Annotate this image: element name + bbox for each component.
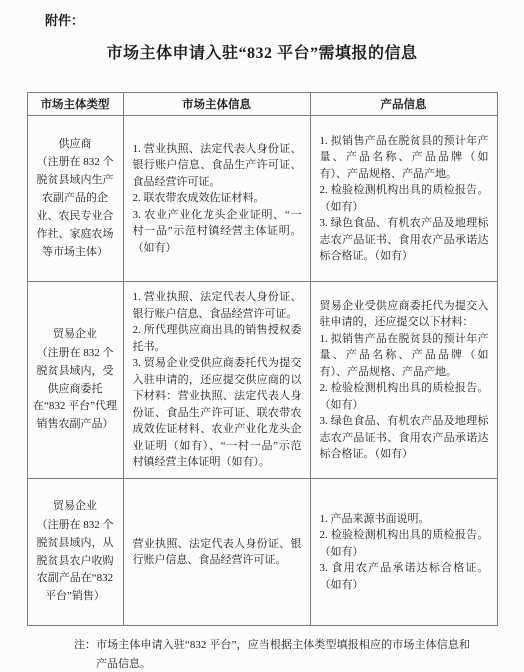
subject-type-description: （注册在 832 个脱贫县域内，从脱贫县农户收购农副产品在“832 平台”销售）: [33, 517, 118, 606]
table-row-supplier: 供应商 （注册在 832 个脱贫县域内生产农副产品的企业、农民专业合作社、家庭农…: [27, 116, 497, 282]
subject-type-description: （注册在 832 个脱贫县域内，受供应商委托在“832 平台”代理销售农副产品）: [33, 345, 118, 434]
cell-trade-agent-product-info: 贸易企业受供应商委托代为提交入驻申请的，还应提交以下材料： 1. 拟销售产品在脱…: [310, 282, 497, 479]
column-header-subject-type: 市场主体类型: [27, 93, 123, 116]
cell-supplier-type: 供应商 （注册在 832 个脱贫县域内生产农副产品的企业、农民专业合作社、家庭农…: [27, 116, 123, 282]
cell-trade-agent-type: 贸易企业 （注册在 832 个脱贫县域内，受供应商委托在“832 平台”代理销售…: [27, 282, 123, 479]
page-title: 市场主体申请入驻“832 平台”需填报的信息: [0, 40, 524, 63]
table-header-row: 市场主体类型 市场主体信息 产品信息: [27, 93, 497, 116]
footnote-text: 市场主体申请入驻“832 平台”，应当根据主体类型填报相应的市场主体信息和产品信…: [96, 636, 470, 672]
info-table: 市场主体类型 市场主体信息 产品信息 供应商 （注册在 832 个脱贫县域内生产…: [27, 92, 498, 626]
attachment-label: 附件：: [0, 0, 524, 29]
table-row-trade-agent: 贸易企业 （注册在 832 个脱贫县域内，受供应商委托在“832 平台”代理销售…: [27, 282, 497, 479]
subject-type-title: 供应商: [33, 136, 118, 154]
cell-trade-purchase-type: 贸易企业 （注册在 832 个脱贫县域内，从脱贫县农户收购农副产品在“832 平…: [27, 479, 123, 626]
cell-trade-agent-subject-info: 1. 营业执照、法定代表人身份证、银行账户信息、食品经营许可证。 2. 所代理供…: [123, 282, 310, 479]
cell-supplier-product-info: 1. 拟销售产品在脱贫县的预计年产量、产品名称、产品品牌（如有）、产品规格、产品…: [310, 116, 497, 282]
column-header-product-info: 产品信息: [310, 93, 497, 116]
subject-type-title: 贸易企业: [33, 498, 118, 516]
cell-supplier-subject-info: 1. 营业执照、法定代表人身份证、银行账户信息、食品生产许可证、食品经营许可证。…: [123, 116, 310, 282]
subject-type-description: （注册在 832 个脱贫县域内生产农副产品的企业、农民专业合作社、家庭农场等市场…: [33, 154, 118, 261]
subject-type-title: 贸易企业: [33, 326, 118, 344]
table-row-trade-purchase: 贸易企业 （注册在 832 个脱贫县域内，从脱贫县农户收购农副产品在“832 平…: [27, 479, 497, 626]
footnote: 注： 市场主体申请入驻“832 平台”，应当根据主体类型填报相应的市场主体信息和…: [74, 636, 470, 672]
column-header-subject-info: 市场主体信息: [123, 93, 310, 116]
cell-trade-purchase-product-info: 1. 产品来源书面说明。 2. 检验检测机构出具的质检报告。（如有） 3. 食用…: [310, 479, 497, 626]
cell-trade-purchase-subject-info: 营业执照、法定代表人身份证、银行账户信息、食品经营许可证。: [123, 479, 310, 626]
footnote-label: 注：: [74, 636, 96, 672]
